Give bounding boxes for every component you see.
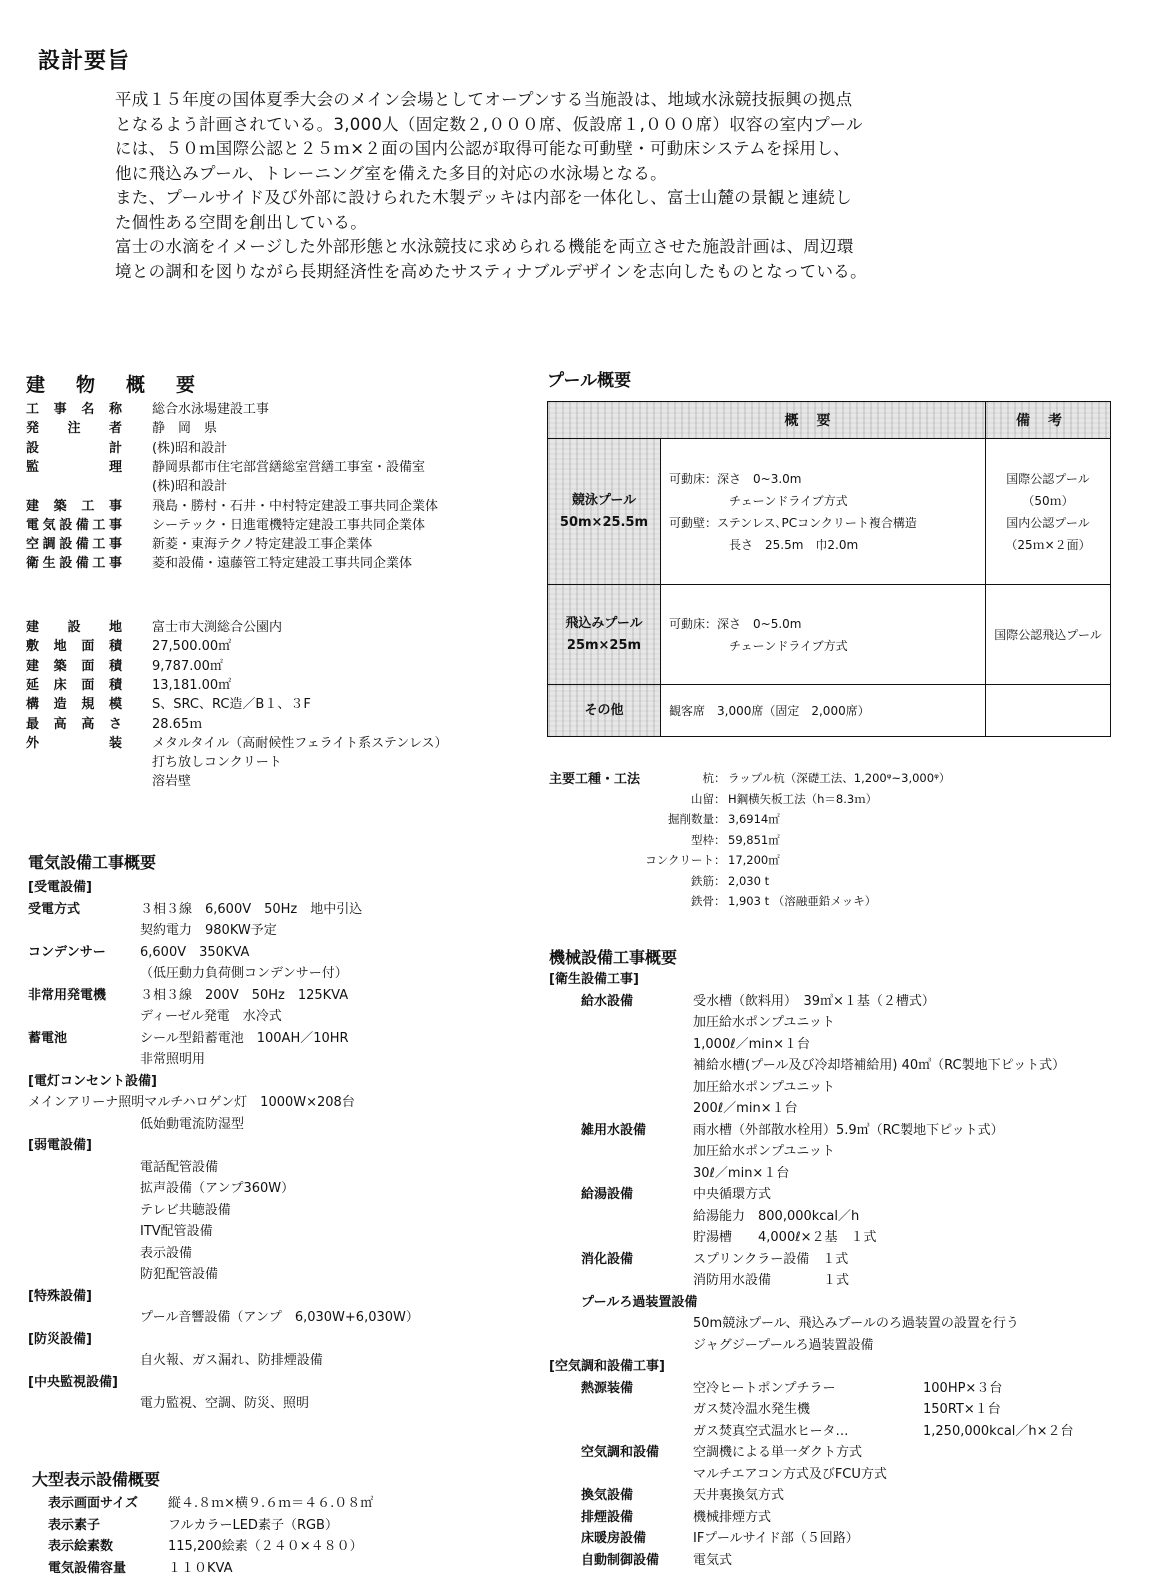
label-char: 称 — [109, 400, 122, 420]
pool-name: 飛込みプール — [548, 613, 660, 635]
label-char: 延 — [26, 676, 39, 696]
method-row: 掘削数量：3,6914㎡ — [600, 809, 1100, 829]
label-char: 事 — [109, 554, 122, 574]
building-overview-title: 建 物 概 要 — [26, 370, 201, 397]
item-label: 床暖房設備 — [581, 1529, 646, 1549]
method-value: 59,851㎡ — [728, 830, 780, 850]
building-row: 溶岩壁 — [26, 772, 536, 792]
label-char: 監 — [26, 458, 39, 478]
building-row-value: 総合水泳場建設工事 — [152, 400, 269, 420]
header-remarks-label: 備考 — [1016, 413, 1080, 429]
label-char: 高 — [81, 715, 94, 735]
building-row-label: 建築工事 — [26, 497, 122, 517]
electrical-row: 表示設備 — [28, 1244, 628, 1264]
item-value: 電気式 — [693, 1551, 732, 1571]
pool-table-row: その他観客席 3,000席（固定 2,000席） — [548, 685, 1111, 737]
display-list: 表示画面サイズ縦４.８ｍ×横９.６ｍ＝４６.０８㎡表示素子フルカラーLED素子（… — [48, 1494, 528, 1591]
item-label: 給水設備 — [581, 992, 633, 1012]
pool-desc-cell: 可動床：深さ 0~3.0mチェーンドライブ方式可動壁：ステンレス､PCコンクリー… — [661, 439, 986, 585]
mechanical-row: 加圧給水ポンプユニット — [549, 1013, 1149, 1033]
building-row-label: 工事名称 — [26, 400, 122, 420]
electrical-row: [電灯コンセント設備] — [28, 1072, 628, 1092]
pool-overview-title: プール概要 — [547, 366, 631, 391]
label-char: 造 — [54, 695, 67, 715]
item-value: 6,600V 350KVA — [140, 943, 249, 963]
mechanical-list: [衛生設備工事]給水設備受水槽（飲料用） 39㎥×１基（２槽式）加圧給水ポンプユ… — [549, 970, 1149, 1591]
item-value: 貯湯槽 4,000ℓ×２基 １式 — [693, 1228, 876, 1248]
item-value: ガス焚冷温水発生機 — [693, 1400, 810, 1420]
method-value: 3,6914㎡ — [728, 809, 780, 829]
mechanical-row: 消防用水設備 １式 — [549, 1271, 1149, 1291]
method-colon: ： — [714, 891, 726, 911]
electrical-row: 拡声設備（アンプ360W） — [28, 1179, 628, 1199]
electrical-row: 電話配管設備 — [28, 1158, 628, 1178]
label-char: 空 — [26, 535, 39, 555]
item-value: ジャグジープールろ過装置設備 — [693, 1336, 873, 1356]
electrical-row: テレビ共聴設備 — [28, 1201, 628, 1221]
item-value: 自火報、ガス漏れ、防排煙設備 — [140, 1351, 323, 1371]
mechanical-row: 200ℓ／min×１台 — [549, 1099, 1149, 1119]
header-overview-label: 概要 — [785, 413, 849, 429]
item-value: 契約電力 980KW予定 — [140, 921, 277, 941]
electrical-row: 非常用発電機３相３線 200V 50Hz 125KVA — [28, 986, 628, 1006]
building-row-value: 27,500.00㎡ — [152, 637, 231, 657]
item-value: 加圧給水ポンプユニット — [693, 1013, 835, 1033]
full-line: プールろ過装置設備 — [581, 1293, 697, 1313]
label-char: 敷 — [26, 637, 39, 657]
label-char: 高 — [54, 715, 67, 735]
label-char: 備 — [76, 535, 89, 555]
building-row: 打ち放しコンクリート — [26, 753, 536, 773]
label-char: 床 — [54, 676, 67, 696]
method-value: H鋼横矢板工法（h＝8.3ｍ） — [728, 789, 877, 809]
subsection-heading: [受電設備] — [28, 878, 92, 898]
subsection-heading: [空気調和設備工事] — [549, 1357, 665, 1377]
mechanical-row: 加圧給水ポンプユニット — [549, 1078, 1149, 1098]
electrical-row: [弱電設備] — [28, 1136, 628, 1156]
mechanical-row: ガス焚冷温水発生機150RT×１台 — [549, 1400, 1149, 1420]
pool-desc-line: 長さ 25.5m 巾2.0m — [669, 534, 985, 556]
building-row-label: 建築面積 — [26, 657, 122, 677]
mechanical-row: 雑用水設備雨水槽（外部散水栓用）5.9㎥（RC製地下ピット式） — [549, 1121, 1149, 1141]
item-value: 電話配管設備 — [140, 1158, 218, 1178]
pool-remark-line: 国際公認飛込プール — [986, 624, 1110, 646]
item-value: 中央循環方式 — [693, 1185, 771, 1205]
item-value: 加圧給水ポンプユニット — [693, 1078, 835, 1098]
item-label: 空気調和設備 — [581, 1443, 659, 1463]
building-row-value: 富士市大渕総合公園内 — [152, 618, 282, 638]
item-label: 自動制御設備 — [581, 1551, 659, 1571]
label-char: 事 — [109, 516, 122, 536]
method-row: 型枠：59,851㎡ — [600, 830, 1100, 850]
method-value: 17,200㎡ — [728, 850, 780, 870]
building-row-label: 衛生設備工事 — [26, 554, 122, 574]
label-char: 気 — [43, 516, 56, 536]
building-row-value: 9,787.00㎡ — [152, 657, 223, 677]
electrical-row: [中央監視設備] — [28, 1373, 628, 1393]
label-char: 工 — [81, 497, 94, 517]
label-char: 事 — [109, 535, 122, 555]
method-key: 鉄筋 — [691, 871, 714, 891]
display-label: 表示絵素数 — [48, 1537, 113, 1557]
label-char: 調 — [43, 535, 56, 555]
electrical-row: [防災設備] — [28, 1330, 628, 1350]
item-value: ITV配管設備 — [140, 1222, 213, 1242]
pool-name-cell: 競泳プール50m×25.5m — [548, 439, 661, 585]
pool-overview-table: 概要 備考 競泳プール50m×25.5m可動床：深さ 0~3.0mチェーンドライ… — [547, 401, 1111, 737]
method-key: 鉄骨 — [691, 891, 714, 911]
item-value: IFプールサイド部（５回路） — [693, 1529, 859, 1549]
method-colon: ： — [714, 871, 726, 891]
display-value: フルカラーLED素子（RGB） — [168, 1516, 338, 1536]
item-value: 受水槽（飲料用） 39㎥×１基（２槽式） — [693, 992, 935, 1012]
pool-desc-line: チェーンドライブ方式 — [669, 635, 985, 657]
label-char: 工 — [92, 535, 105, 555]
label-char: 積 — [109, 657, 122, 677]
item-label: 排煙設備 — [581, 1508, 633, 1528]
mechanical-row: 1,000ℓ／min×１台 — [549, 1035, 1149, 1055]
label-char: 設 — [59, 516, 72, 536]
building-row-value: (株)昭和設計 — [152, 477, 227, 497]
building-row: 敷地面積27,500.00㎡ — [26, 637, 536, 657]
pool-remark-line: 国内公認プール — [986, 512, 1110, 534]
building-row: 建築面積9,787.00㎡ — [26, 657, 536, 677]
label-char: 衛 — [26, 554, 39, 574]
display-label: 表示画面サイズ — [48, 1494, 138, 1514]
building-overview-list: 工事名称総合水泳場建設工事発注者静 岡 県設計(株)昭和設計監理静岡県都市住宅部… — [26, 400, 536, 820]
label-char: 設 — [67, 618, 80, 638]
method-row: コンクリート：17,200㎡ — [600, 850, 1100, 870]
building-row-value: 新菱・東海テクノ特定建設工事企業体 — [152, 535, 372, 555]
pool-name: その他 — [548, 700, 660, 722]
intro-line: には、５０ｍ国際公認と２５ｍ×２面の国内公認が取得可能な可動壁・可動床システムを… — [115, 137, 867, 162]
item-value: 200ℓ／min×１台 — [693, 1099, 798, 1119]
building-row-value: 溶岩壁 — [152, 772, 191, 792]
electrical-row: ディーゼル発電 水冷式 — [28, 1007, 628, 1027]
electrical-list: [受電設備]受電方式３相３線 6,600V 50Hz 地中引込契約電力 980K… — [28, 878, 538, 1438]
intro-line: 平成１５年度の国体夏季大会のメイン会場としてオープンする当施設は、地域水泳競技振… — [115, 88, 867, 113]
method-row: 鉄骨：1,903 t （溶融亜鉛メッキ） — [600, 891, 1100, 911]
item-value: ディーゼル発電 水冷式 — [140, 1007, 282, 1027]
label-char: 面 — [81, 637, 94, 657]
item-value-secondary: 100HP×３台 — [923, 1379, 1002, 1399]
building-row-value: メタルタイル（高耐候性フェライト系ステンレス） — [152, 734, 448, 754]
subsection-heading: [防災設備] — [28, 1330, 92, 1350]
building-row: 空調設備工事新菱・東海テクノ特定建設工事企業体 — [26, 535, 536, 555]
label-char: 者 — [109, 419, 122, 439]
item-value: 表示設備 — [140, 1244, 192, 1264]
building-row-value: 飛島・勝村・石井・中村特定建設工事共同企業体 — [152, 497, 438, 517]
item-value: 給湯能力 800,000kcal／h — [693, 1207, 859, 1227]
building-row-label: 設計 — [26, 439, 122, 459]
electrical-row: 電力監視、空調、防災、照明 — [28, 1394, 628, 1414]
electrical-row: 受電方式３相３線 6,600V 50Hz 地中引込 — [28, 900, 628, 920]
label-char: 設 — [59, 535, 72, 555]
electrical-row: ITV配管設備 — [28, 1222, 628, 1242]
pool-table-row: 競泳プール50m×25.5m可動床：深さ 0~3.0mチェーンドライブ方式可動壁… — [548, 439, 1111, 585]
pool-desc-line: 可動壁：ステンレス､PCコンクリート複合構造 — [669, 512, 985, 534]
pool-remark-line: （50ｍ） — [986, 490, 1110, 512]
label-char: 工 — [92, 516, 105, 536]
electrical-row: 自火報、ガス漏れ、防排煙設備 — [28, 1351, 628, 1371]
method-value: 1,903 t （溶融亜鉛メッキ） — [728, 891, 876, 911]
intro-line: となるよう計画されている。3,000人（固定数２,０００席、仮設席１,０００席）… — [115, 113, 867, 138]
item-value-secondary: 1,250,000kcal／h×２台 — [923, 1422, 1074, 1442]
building-row: 監理静岡県都市住宅部営繕総室営繕工事室・設備室 — [26, 458, 536, 478]
label-char: 建 — [26, 657, 39, 677]
item-label: コンデンサー — [28, 943, 106, 963]
item-value: 拡声設備（アンプ360W） — [140, 1179, 294, 1199]
method-value: 2,030 t — [728, 871, 769, 891]
pool-name: 競泳プール — [548, 490, 660, 512]
electrical-row: （低圧動力負荷側コンデンサー付） — [28, 964, 628, 984]
label-char: 工 — [26, 400, 39, 420]
method-value: ラップル杭（深礎工法、1,200ᵠ~3,000ᵠ） — [728, 768, 950, 788]
item-label: 蓄電池 — [28, 1029, 67, 1049]
building-row-value: (株)昭和設計 — [152, 439, 227, 459]
building-row-label: 外装 — [26, 734, 122, 754]
subsection-heading: [中央監視設備] — [28, 1373, 118, 1393]
mechanical-row: 熱源装備空冷ヒートポンプチラー100HP×３台 — [549, 1379, 1149, 1399]
subsection-heading: [衛生設備工事] — [549, 970, 639, 990]
electrical-row: 契約電力 980KW予定 — [28, 921, 628, 941]
pool-table-row: 飛込みプール25m×25m可動床：深さ 0~5.0mチェーンドライブ方式国際公認… — [548, 585, 1111, 685]
label-char: 計 — [109, 439, 122, 459]
mechanical-row: 給水設備受水槽（飲料用） 39㎥×１基（２槽式） — [549, 992, 1149, 1012]
item-value: テレビ共聴設備 — [140, 1201, 231, 1221]
building-row-label: 電気設備工事 — [26, 516, 122, 536]
building-row: 最高高さ28.65ｍ — [26, 715, 536, 735]
item-label: 給湯設備 — [581, 1185, 633, 1205]
building-row: 発注者静 岡 県 — [26, 419, 536, 439]
label-char: 積 — [109, 637, 122, 657]
method-colon: ： — [714, 768, 726, 788]
label-char: 備 — [76, 516, 89, 536]
electrical-row: コンデンサー6,600V 350KVA — [28, 943, 628, 963]
intro-line: 他に飛込みプール、トレーニング室を備えた多目的対応の水泳場となる。 — [115, 162, 867, 187]
label-char: 面 — [81, 676, 94, 696]
building-row-value: 静岡県都市住宅部営繕総室営繕工事室・設備室 — [152, 458, 425, 478]
method-colon: ： — [714, 830, 726, 850]
display-row: 表示絵素数115,200絵素（２４０×４８０） — [48, 1537, 528, 1557]
mechanical-row: 排煙設備機械排煙方式 — [549, 1508, 1149, 1528]
intro-line: 境との調和を図りながら長期経済性を高めたサスティナブルデザインを志向したものとな… — [115, 260, 867, 285]
item-value: 雨水槽（外部散水栓用）5.9㎥（RC製地下ピット式） — [693, 1121, 1004, 1141]
method-row: 鉄筋：2,030 t — [600, 871, 1100, 891]
building-row-label: 監理 — [26, 458, 122, 478]
label-char: 規 — [81, 695, 94, 715]
pool-header-overview: 概要 — [548, 402, 986, 439]
pool-name: 25m×25m — [548, 635, 660, 657]
item-value: 消防用水設備 １式 — [693, 1271, 849, 1291]
method-key: 山留 — [691, 789, 714, 809]
item-value: プール音響設備（アンプ 6,030W+6,030W） — [140, 1308, 419, 1328]
full-line: メインアリーナ照明マルチハロゲン灯 1000W×208台 — [28, 1093, 355, 1113]
label-char: 建 — [26, 497, 39, 517]
electrical-row: [特殊設備] — [28, 1287, 628, 1307]
display-label: 表示素子 — [48, 1516, 100, 1536]
building-row: (株)昭和設計 — [26, 477, 536, 497]
item-label: 消化設備 — [581, 1250, 633, 1270]
pool-desc-line: チェーンドライブ方式 — [669, 490, 985, 512]
building-row-label: 延床面積 — [26, 676, 122, 696]
building-row-value: 静 岡 県 — [152, 419, 217, 439]
mechanical-row: 消化設備スプリンクラー設備 １式 — [549, 1250, 1149, 1270]
mechanical-row: [衛生設備工事] — [549, 970, 1149, 990]
building-row: 設計(株)昭和設計 — [26, 439, 536, 459]
item-value: 30ℓ／min×１台 — [693, 1164, 789, 1184]
mechanical-row: 給湯能力 800,000kcal／h — [549, 1207, 1149, 1227]
mechanical-row: 換気設備天井裏換気方式 — [549, 1486, 1149, 1506]
building-row-value: 13,181.00㎡ — [152, 676, 231, 696]
pool-desc-cell: 可動床：深さ 0~5.0mチェーンドライブ方式 — [661, 585, 986, 685]
method-colon: ： — [714, 789, 726, 809]
pool-remarks-cell: 国際公認プール（50ｍ）国内公認プール（25ｍ×２面） — [986, 439, 1111, 585]
method-colon: ： — [714, 809, 726, 829]
electrical-row: 蓄電池シール型鉛蓄電池 100AH／10HR — [28, 1029, 628, 1049]
item-value: マルチエアコン方式及びFCU方式 — [693, 1465, 887, 1485]
building-row-label: 最高高さ — [26, 715, 122, 735]
methods-list: 杭：ラップル杭（深礎工法、1,200ᵠ~3,000ᵠ）山留：H鋼横矢板工法（h＝… — [600, 768, 1100, 908]
display-row: 電気設備容量１１０KVA — [48, 1559, 528, 1579]
item-value-secondary: 150RT×１台 — [923, 1400, 1001, 1420]
item-label: 換気設備 — [581, 1486, 633, 1506]
mechanical-row: ジャグジープールろ過装置設備 — [549, 1336, 1149, 1356]
pool-remarks-cell: 国際公認飛込プール — [986, 585, 1111, 685]
mechanical-row: プールろ過装置設備 — [549, 1293, 1149, 1313]
item-label: 熱源装備 — [581, 1379, 633, 1399]
display-value: 115,200絵素（２４０×４８０） — [168, 1537, 363, 1557]
label-char: 装 — [109, 734, 122, 754]
label-char: 面 — [81, 657, 94, 677]
pool-desc-line: 可動床：深さ 0~5.0m — [669, 613, 985, 635]
mechanical-row: 加圧給水ポンプユニット — [549, 1142, 1149, 1162]
mechanical-row: 床暖房設備IFプールサイド部（５回路） — [549, 1529, 1149, 1549]
label-char: 発 — [26, 419, 39, 439]
mechanical-row: 30ℓ／min×１台 — [549, 1164, 1149, 1184]
building-row: 構造規模S、SRC、RC造／B１、３F — [26, 695, 536, 715]
item-value: （低圧動力負荷側コンデンサー付） — [140, 964, 348, 984]
electrical-row: 非常照明用 — [28, 1050, 628, 1070]
building-row: 建築工事飛島・勝村・石井・中村特定建設工事共同企業体 — [26, 497, 536, 517]
label-char: 設 — [26, 439, 39, 459]
label-char: 外 — [26, 734, 39, 754]
mechanical-row: 給湯設備中央循環方式 — [549, 1185, 1149, 1205]
pool-table-header: 概要 備考 — [548, 402, 1111, 439]
electrical-row: 低始動電流防湿型 — [28, 1115, 628, 1135]
design-intent-body: 平成１５年度の国体夏季大会のメイン会場としてオープンする当施設は、地域水泳競技振… — [115, 88, 867, 284]
item-label: 受電方式 — [28, 900, 80, 920]
electrical-row: [受電設備] — [28, 878, 628, 898]
building-row-label: 発注者 — [26, 419, 122, 439]
subsection-heading: [特殊設備] — [28, 1287, 92, 1307]
item-value: 50m競泳プール、飛込みプールのろ過装置の設置を行う — [693, 1314, 1019, 1334]
pool-name-cell: 飛込みプール25m×25m — [548, 585, 661, 685]
pool-desc-line: 観客席 3,000席（固定 2,000席） — [669, 700, 985, 722]
building-row: 電気設備工事シーテック・日進電機特定建設工事共同企業体 — [26, 516, 536, 536]
method-key: 型枠 — [691, 830, 714, 850]
label-char: 生 — [43, 554, 56, 574]
display-value: 縦４.８ｍ×横９.６ｍ＝４６.０８㎡ — [168, 1494, 373, 1514]
pool-remark-line: 国際公認プール — [986, 468, 1110, 490]
label-char: 事 — [109, 497, 122, 517]
mechanical-title: 機械設備工事概要 — [549, 945, 677, 968]
building-row-value: 菱和設備・遠藤管工特定建設工事共同企業体 — [152, 554, 412, 574]
mechanical-row: 自動制御設備電気式 — [549, 1551, 1149, 1571]
display-label: 電気設備容量 — [48, 1559, 126, 1579]
mechanical-row: 貯湯槽 4,000ℓ×２基 １式 — [549, 1228, 1149, 1248]
pool-remarks-cell — [986, 685, 1111, 737]
label-char: 電 — [26, 516, 39, 536]
mechanical-row: ガス焚真空式温水ヒータ…1,250,000kcal／h×２台 — [549, 1422, 1149, 1442]
item-value: ガス焚真空式温水ヒータ… — [693, 1422, 848, 1442]
intro-line: 富士の水滴をイメージした外部形態と水泳競技に求められる機能を両立させた施設計画は… — [115, 235, 867, 260]
label-char: 構 — [26, 695, 39, 715]
item-value: 1,000ℓ／min×１台 — [693, 1035, 810, 1055]
label-char: 事 — [54, 400, 67, 420]
display-row: 表示画面サイズ縦４.８ｍ×横９.６ｍ＝４６.０８㎡ — [48, 1494, 528, 1514]
label-char: 名 — [81, 400, 94, 420]
label-char: 最 — [26, 715, 39, 735]
building-row-value: 28.65ｍ — [152, 715, 202, 735]
item-value: 空冷ヒートポンプチラー — [693, 1379, 835, 1399]
electrical-row: プール音響設備（アンプ 6,030W+6,030W） — [28, 1308, 628, 1328]
electrical-row: メインアリーナ照明マルチハロゲン灯 1000W×208台 — [28, 1093, 628, 1113]
building-row-label: 構造規模 — [26, 695, 122, 715]
pool-name: 50m×25.5m — [548, 512, 660, 534]
item-value: 非常照明用 — [140, 1050, 205, 1070]
item-value: 加圧給水ポンプユニット — [693, 1142, 835, 1162]
building-row: 外装メタルタイル（高耐候性フェライト系ステンレス） — [26, 734, 536, 754]
intro-line: た個性ある空間を創出している。 — [115, 211, 867, 236]
subsection-heading: [電灯コンセント設備] — [28, 1072, 157, 1092]
building-row-label: 敷地面積 — [26, 637, 122, 657]
building-row-label: 空調設備工事 — [26, 535, 122, 555]
mechanical-row: 50m競泳プール、飛込みプールのろ過装置の設置を行う — [549, 1314, 1149, 1334]
item-value: シール型鉛蓄電池 100AH／10HR — [140, 1029, 349, 1049]
display-title: 大型表示設備概要 — [32, 1467, 160, 1490]
pool-desc-line: 可動床：深さ 0~3.0m — [669, 468, 985, 490]
building-row: 延床面積13,181.00㎡ — [26, 676, 536, 696]
item-value: スプリンクラー設備 １式 — [693, 1250, 848, 1270]
display-row: 表示素子フルカラーLED素子（RGB） — [48, 1516, 528, 1536]
label-char: 地 — [54, 637, 67, 657]
item-value: ３相３線 6,600V 50Hz 地中引込 — [140, 900, 362, 920]
subsection-heading: [弱電設備] — [28, 1136, 92, 1156]
electrical-row: 防犯配管設備 — [28, 1265, 628, 1285]
mechanical-row: [空気調和設備工事] — [549, 1357, 1149, 1377]
pool-name-cell: その他 — [548, 685, 661, 737]
display-value: １１０KVA — [168, 1559, 232, 1579]
label-char: 築 — [54, 657, 67, 677]
label-char: さ — [109, 715, 122, 735]
building-row: 衛生設備工事菱和設備・遠藤管工特定建設工事共同企業体 — [26, 554, 536, 574]
label-char: 築 — [54, 497, 67, 517]
method-colon: ： — [714, 850, 726, 870]
method-key: 杭 — [703, 768, 715, 788]
building-row: 建設地富士市大渕総合公園内 — [26, 618, 536, 638]
building-row-value: シーテック・日進電機特定建設工事共同企業体 — [152, 516, 425, 536]
method-key: コンクリート — [645, 850, 714, 870]
method-key: 掘削数量 — [668, 809, 714, 829]
building-row-value: S、SRC、RC造／B１、３F — [152, 695, 311, 715]
label-char: 理 — [109, 458, 122, 478]
item-value: 補給水槽(プール及び冷却塔補給用) 40㎥（RC製地下ピット式） — [693, 1056, 1065, 1076]
pool-remark-line: （25ｍ×２面） — [986, 534, 1110, 556]
pool-header-remarks: 備考 — [986, 402, 1111, 439]
design-intent-title: 設計要旨 — [38, 44, 130, 75]
intro-line: また、プールサイド及び外部に設けられた木製デッキは内部を一体化し、富士山麓の景観… — [115, 186, 867, 211]
